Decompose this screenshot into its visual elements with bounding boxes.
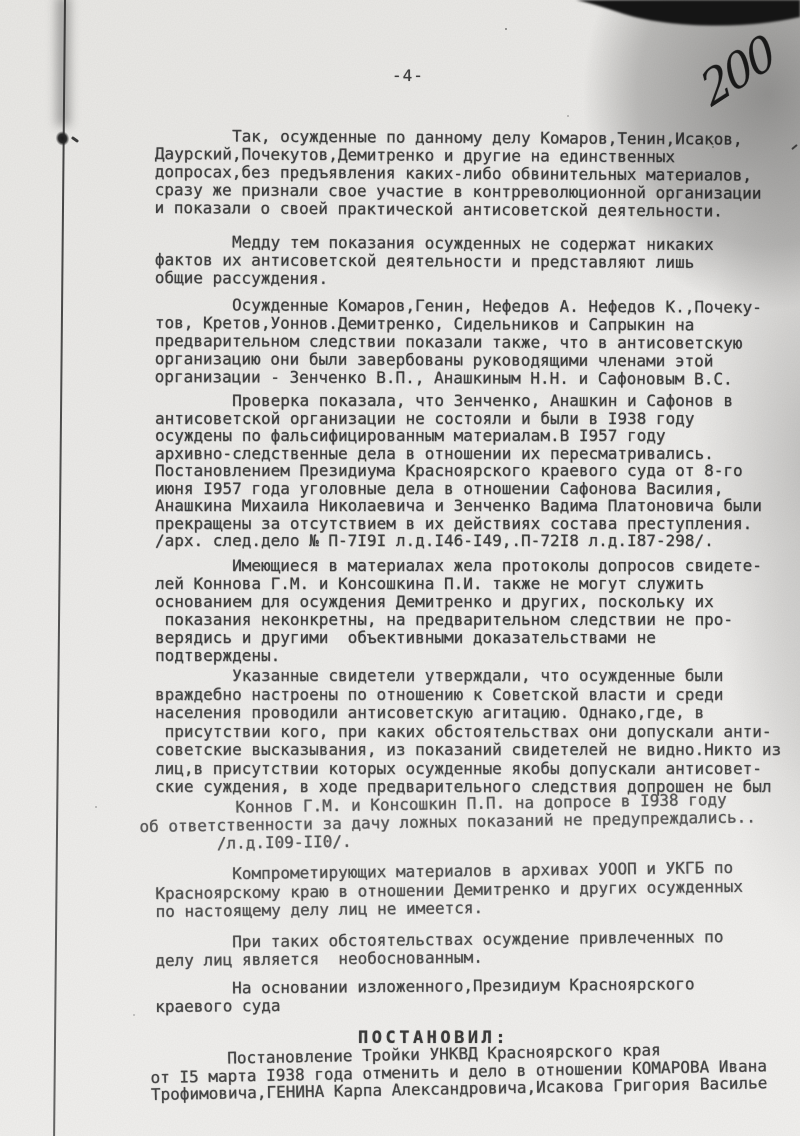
ink-speck	[95, 806, 97, 808]
paragraph: Проверка показала, что Зенченко, Анашкин…	[155, 392, 762, 550]
paragraph: Так, осужденные по данному делу Комаров,…	[154, 127, 761, 221]
paragraph: При таких обстоятельствах осуждение прив…	[155, 928, 724, 970]
paragraph: Указанные свидетели утверждали, что осуж…	[155, 667, 781, 797]
ink-speck	[567, 115, 569, 117]
paragraph: Имеющиеся в материалах жела протоколы до…	[155, 557, 762, 665]
ink-blot	[48, 124, 76, 155]
paragraph: Медду тем показания осужденных не содерж…	[155, 233, 714, 290]
ink-speck	[133, 1014, 135, 1016]
ink-speck	[791, 144, 798, 150]
paragraph: Компрометирующих материалов в архивах УО…	[155, 859, 743, 922]
ink-speck	[712, 146, 714, 148]
paragraph: Постановление Тройки УНКВД Красноярского…	[150, 1039, 767, 1103]
handwritten-page-number: 200	[693, 25, 782, 117]
page-number: -4-	[392, 66, 424, 85]
page-fold-line	[53, 0, 66, 1136]
scanned-document-page: -4- 200 Так, осужденные по данному делу …	[0, 0, 800, 1136]
paragraph: На основании изложенного,Президиум Красн…	[155, 975, 695, 1016]
paragraph: Коннов Г.М. и Консошкин П.П. на допросе …	[139, 790, 756, 854]
paragraph: Осужденные Комаров,Генин, Нефедов А. Неф…	[155, 296, 762, 389]
scan-edge-shadow	[0, 0, 800, 36]
ink-speck	[228, 583, 230, 585]
